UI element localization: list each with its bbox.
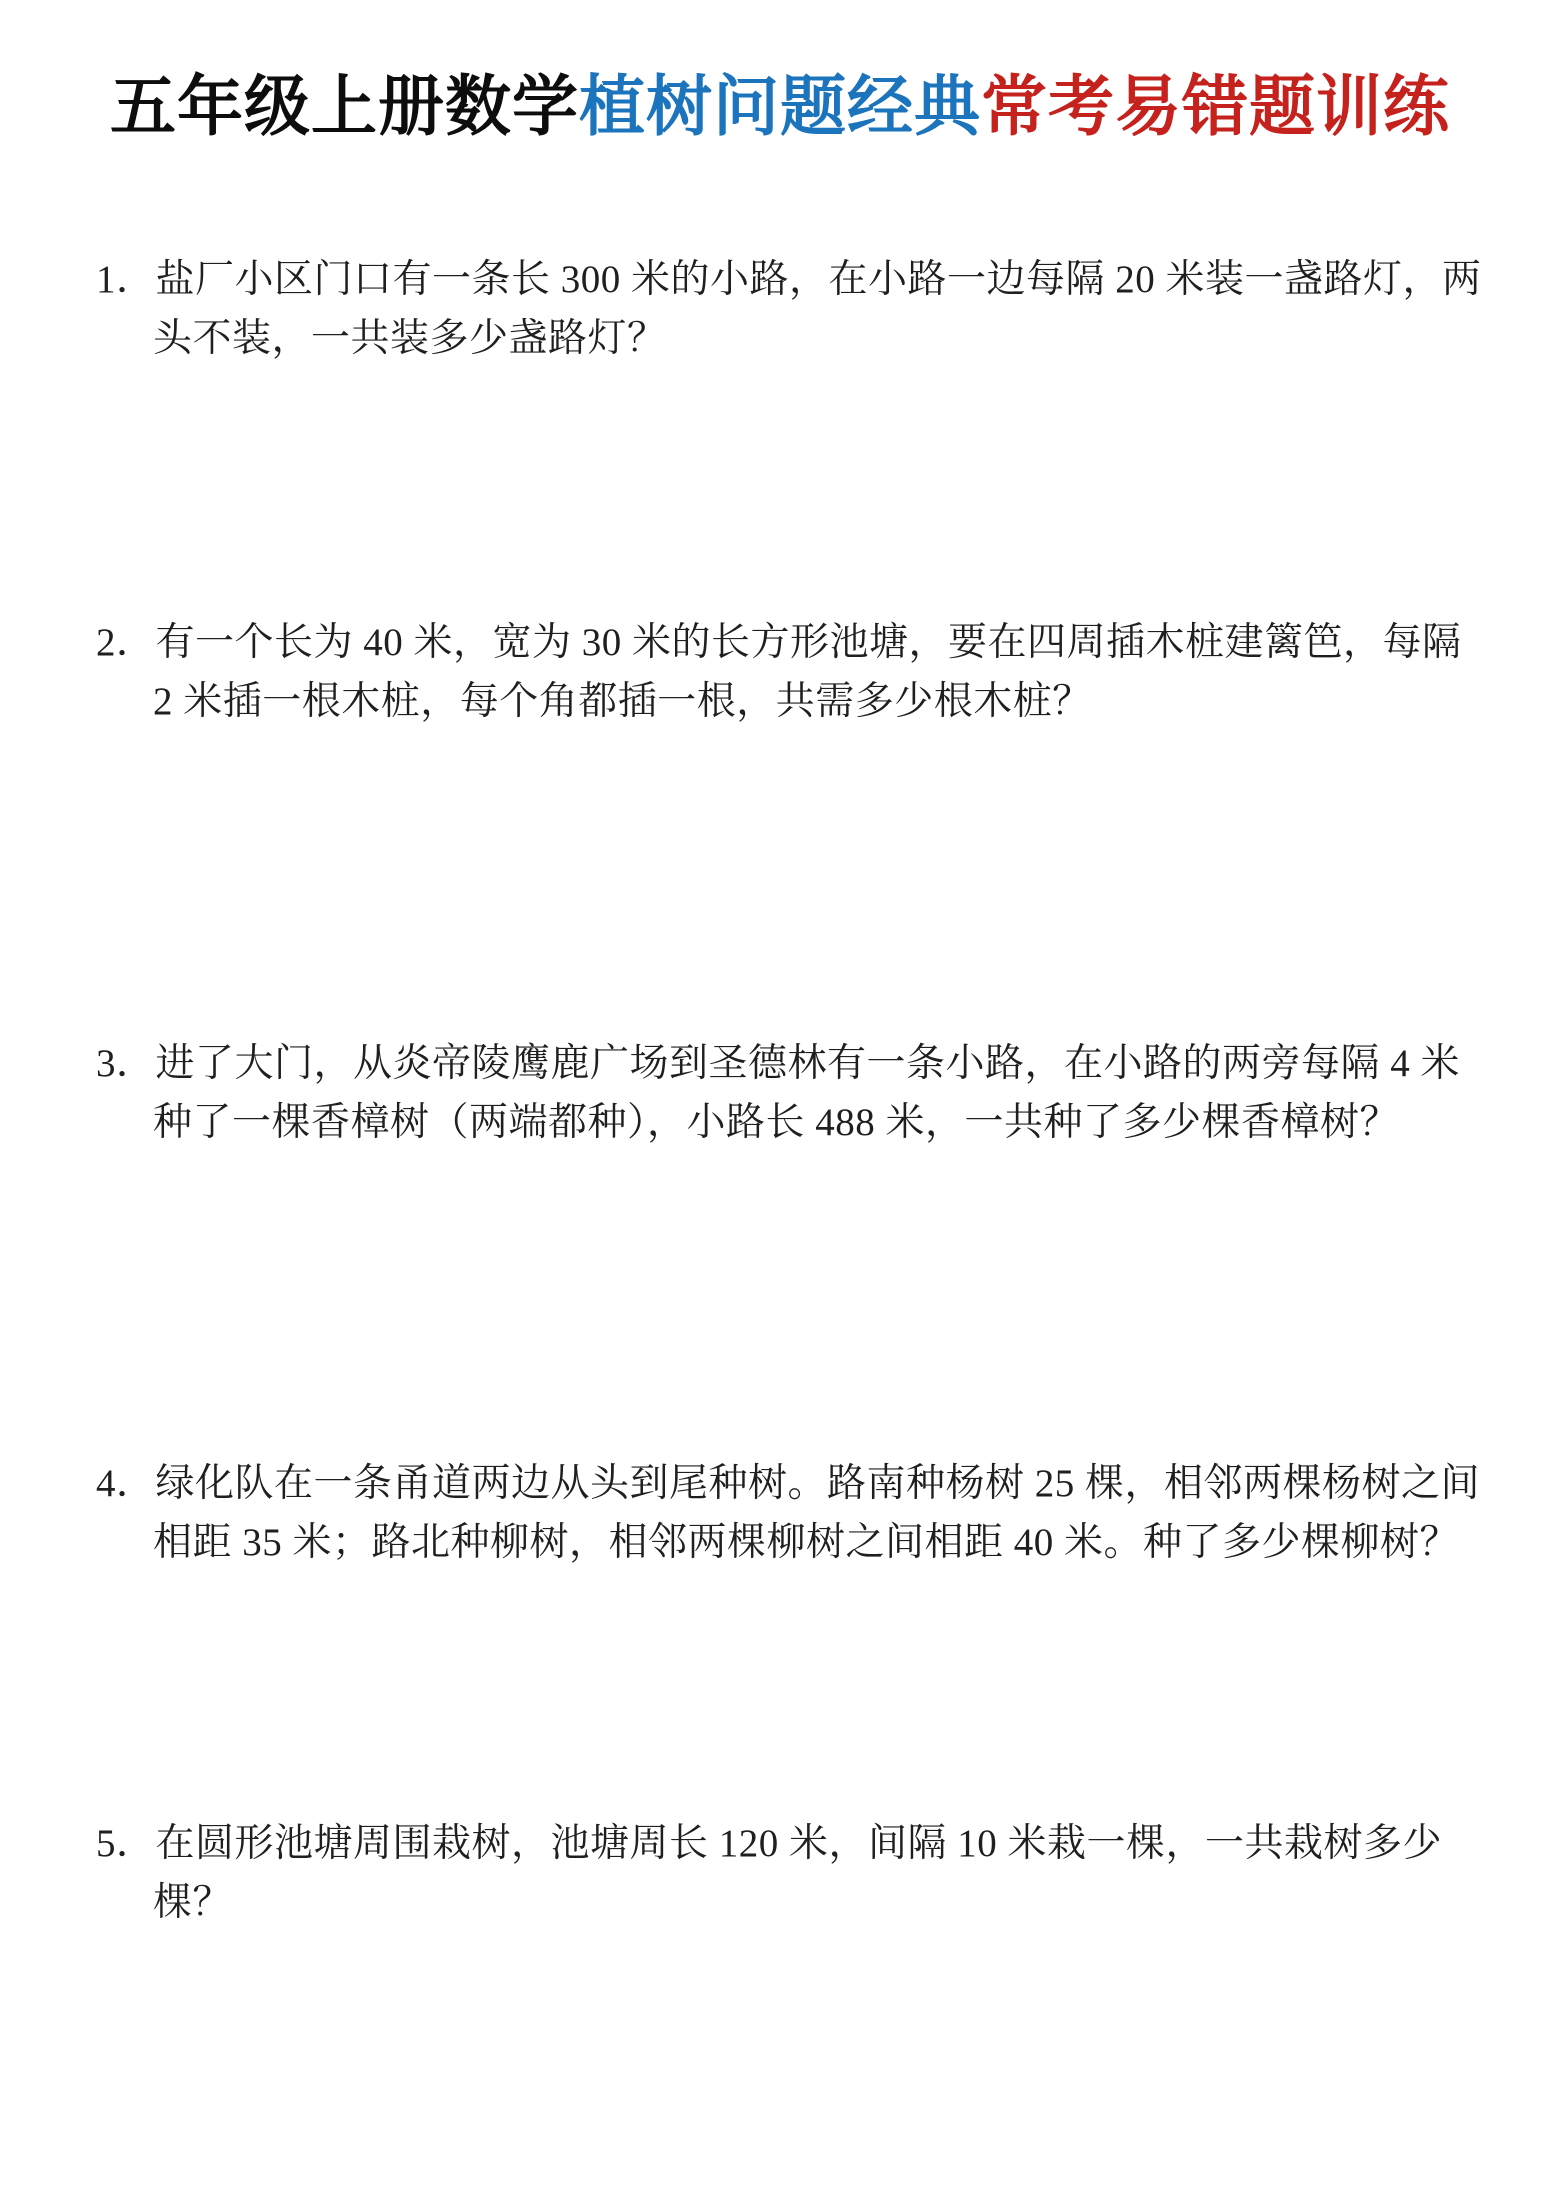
problem-2-text: 有一个长为 40 米，宽为 30 米的长方形池塘，要在四周插木桩建篱笆，每隔 2… xyxy=(153,621,1462,723)
problem-3-number: 3． xyxy=(96,1042,156,1085)
worksheet-page: 五年级上册数学植树问题经典常考易错题训练 1．盐厂小区门口有一条长 300 米的… xyxy=(0,0,1560,2206)
problem-1-number: 1． xyxy=(96,258,156,301)
problem-5-text: 在圆形池塘周围栽树，池塘周长 120 米，间隔 10 米栽一棵，一共栽树多少棵？ xyxy=(153,1822,1442,1924)
problem-3: 3．进了大门，从炎帝陵鹰鹿广场到圣德林有一条小路，在小路的两旁每隔 4 米种了一… xyxy=(96,1034,1490,1152)
problem-2: 2．有一个长为 40 米，宽为 30 米的长方形池塘，要在四周插木桩建篱笆，每隔… xyxy=(96,613,1490,731)
title-segment-training: 常考易错题训练 xyxy=(981,69,1450,143)
problem-2-number: 2． xyxy=(96,621,156,664)
problem-4: 4．绿化队在一条甬道两边从头到尾种树。路南种杨树 25 棵，相邻两棵杨树之间相距… xyxy=(96,1454,1490,1572)
worksheet-title: 五年级上册数学植树问题经典常考易错题训练 xyxy=(0,62,1560,151)
problem-5-number: 5． xyxy=(96,1822,156,1865)
problem-1: 1．盐厂小区门口有一条长 300 米的小路，在小路一边每隔 20 米装一盏路灯，… xyxy=(96,250,1490,368)
title-segment-grade-subject: 五年级上册数学 xyxy=(110,69,579,143)
problem-1-text: 盐厂小区门口有一条长 300 米的小路，在小路一边每隔 20 米装一盏路灯，两头… xyxy=(153,258,1482,360)
problem-3-text: 进了大门，从炎帝陵鹰鹿广场到圣德林有一条小路，在小路的两旁每隔 4 米种了一棵香… xyxy=(153,1042,1460,1144)
problem-4-text: 绿化队在一条甬道两边从头到尾种树。路南种杨树 25 棵，相邻两棵杨树之间相距 3… xyxy=(153,1462,1480,1564)
title-segment-topic: 植树问题经典 xyxy=(579,69,981,143)
problem-4-number: 4． xyxy=(96,1462,156,1505)
problem-5: 5．在圆形池塘周围栽树，池塘周长 120 米，间隔 10 米栽一棵，一共栽树多少… xyxy=(96,1814,1490,1932)
